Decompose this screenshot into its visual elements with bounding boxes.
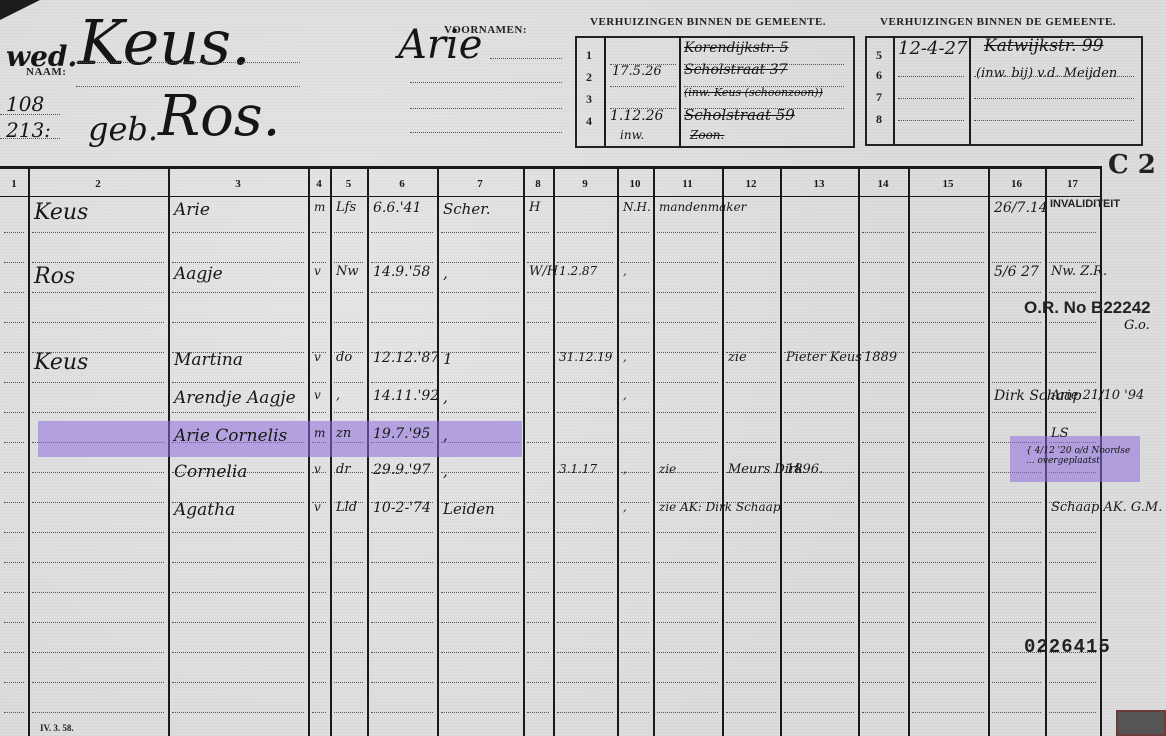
naam-label: NAAM: [26,66,66,78]
cell-c10: , [623,388,627,402]
cell-birthdate: 12.12.'87 [373,350,439,366]
cell-birthplace: , [443,462,448,480]
cell-birthdate: 10-2-'74 [373,500,431,516]
ref-number-1: 108 [6,92,44,116]
column-header-17: 17 [1045,178,1100,190]
column-header-4: 4 [308,178,330,190]
cell-c10: , [623,500,627,514]
cell-birthdate: 14.9.'58 [373,264,430,280]
cell-c16: 5/6 27 [994,264,1039,280]
maiden-prefix: geb. [88,110,158,148]
cell-c4: v [314,350,321,364]
cell-c4: m [314,200,325,214]
column-header-3: 3 [168,178,308,190]
cell-c5: do [336,350,352,365]
column-header-5: 5 [330,178,367,190]
cell-c17: Nw. Z.R. [1051,264,1107,279]
column-header-16: 16 [988,178,1045,190]
cell-c4: v [314,462,321,476]
ls-note: { 4/12 '20 o/d Noordse ... overgeplaatst [1026,446,1136,466]
cell-c4: v [314,500,321,514]
cell-birthdate: 6.6.'41 [373,200,421,216]
move-date-r5: 12-4-27 [898,38,967,59]
or-suffix: G.o. [1124,318,1150,333]
move-date-2: 17.5.26 [612,64,662,79]
cell-c5: , [336,388,340,403]
move-address-r6: (inw. bij) v.d. Meijden [976,66,1117,81]
cell-c4: m [314,426,325,440]
cell-birthplace: Scher. [443,200,491,218]
cell-c4: v [314,388,321,402]
cell-c5: Nw [336,264,359,279]
moves-right-title: VERHUIZINGEN BINNEN DE GEMEENTE. [880,16,1116,28]
column-header-11: 11 [653,178,722,190]
cell-c5: Lfs [336,200,356,215]
serial-number: 0226415 [1024,636,1111,658]
cell-c9: 3.1.17 [559,462,597,476]
cell-c8: H [529,200,540,215]
cell-c17: Schaap AK. G.M. 47 [1051,500,1166,515]
column-header-12: 12 [722,178,780,190]
cell-birthdate: 19.7.'95 [373,426,430,442]
column-header-15: 15 [908,178,988,190]
cell-c10: , [623,264,627,278]
register-card: wed. NAAM: Keus. geb. Ros. 108 213: VOOR… [0,0,1166,736]
form-code: IV. 3. 58. [40,723,74,733]
invaliditeit-header: INVALIDITEIT [1050,198,1120,210]
cell-surname: Keus [34,200,88,225]
cell-c11: zie AK: Dirk Schaap [659,500,781,514]
column-header-13: 13 [780,178,858,190]
corner-mark: C 2 [1108,150,1156,180]
cell-firstname: Arie Cornelis [174,426,287,446]
cell-c11: mandenmaker [659,200,746,214]
cell-firstname: Aagje [174,264,223,284]
cell-birthplace: , [443,426,448,444]
cell-c9: 1.2.87 [559,264,597,278]
move-address-5: Zoon. [690,128,724,142]
cell-firstname: Arendje Aagje [174,388,296,408]
maiden-name: Ros. [158,84,280,149]
cell-birthdate: 14.11.'92 [373,388,439,404]
cell-firstname: Arie [174,200,210,220]
cell-birthplace: , [443,388,448,406]
cell-birthdate: 29.9.'97 [373,462,430,478]
cell-birthplace: Leiden [443,500,495,518]
move-date-4: 1.12.26 [610,108,663,124]
column-header-1: 1 [0,178,28,190]
cell-firstname: Martina [174,350,243,370]
cell-c13: 1896. [786,462,823,477]
cell-c10: , [623,462,627,476]
moves-left-title: VERHUIZINGEN BINNEN DE GEMEENTE. [590,16,826,28]
or-number: O.R. No B22242 [1024,298,1151,318]
cell-firstname: Agatha [174,500,235,520]
cell-c12: zie [728,350,747,365]
cell-c13: Pieter Keus [786,350,862,365]
cell-c5: zn [336,426,351,441]
surname: Keus. [78,6,251,79]
cell-c10: N.H. [623,200,651,214]
move-address-1: Korendijkstr. 5 [684,40,789,56]
cell-c11: zie [659,462,676,476]
cell-birthplace: 1 [443,350,453,368]
scan-edge-artifact [1116,710,1166,736]
cell-c5: Lld [336,500,357,515]
column-header-7: 7 [437,178,523,190]
cell-c16: 26/7.14 [994,200,1048,216]
cell-c17: Arie 21/10 '94 [1051,388,1144,403]
cell-c4: v [314,264,321,278]
cell-c9: 31.12.19 [559,350,612,364]
column-header-2: 2 [28,178,168,190]
column-header-9: 9 [553,178,617,190]
column-header-14: 14 [858,178,908,190]
cell-surname: Keus [34,350,88,375]
move-date-5: inw. [620,128,644,142]
column-header-10: 10 [617,178,653,190]
column-header-8: 8 [523,178,553,190]
cell-c17: LS [1051,426,1069,441]
cell-firstname: Cornelia [174,462,247,482]
torn-corner [0,0,40,20]
cell-surname: Ros [34,264,75,289]
move-address-3: (inw. Keus (schoonzoon)) [684,86,823,99]
voornamen-value: Arie [398,22,482,68]
move-address-r5: Katwijkstr. 99 [984,36,1103,56]
cell-c14: 1889 [864,350,897,365]
cell-c8: W/H [529,264,558,279]
cell-c5: dr [336,462,351,477]
column-header-6: 6 [367,178,437,190]
cell-c10: , [623,350,627,364]
cell-birthplace: , [443,264,448,282]
